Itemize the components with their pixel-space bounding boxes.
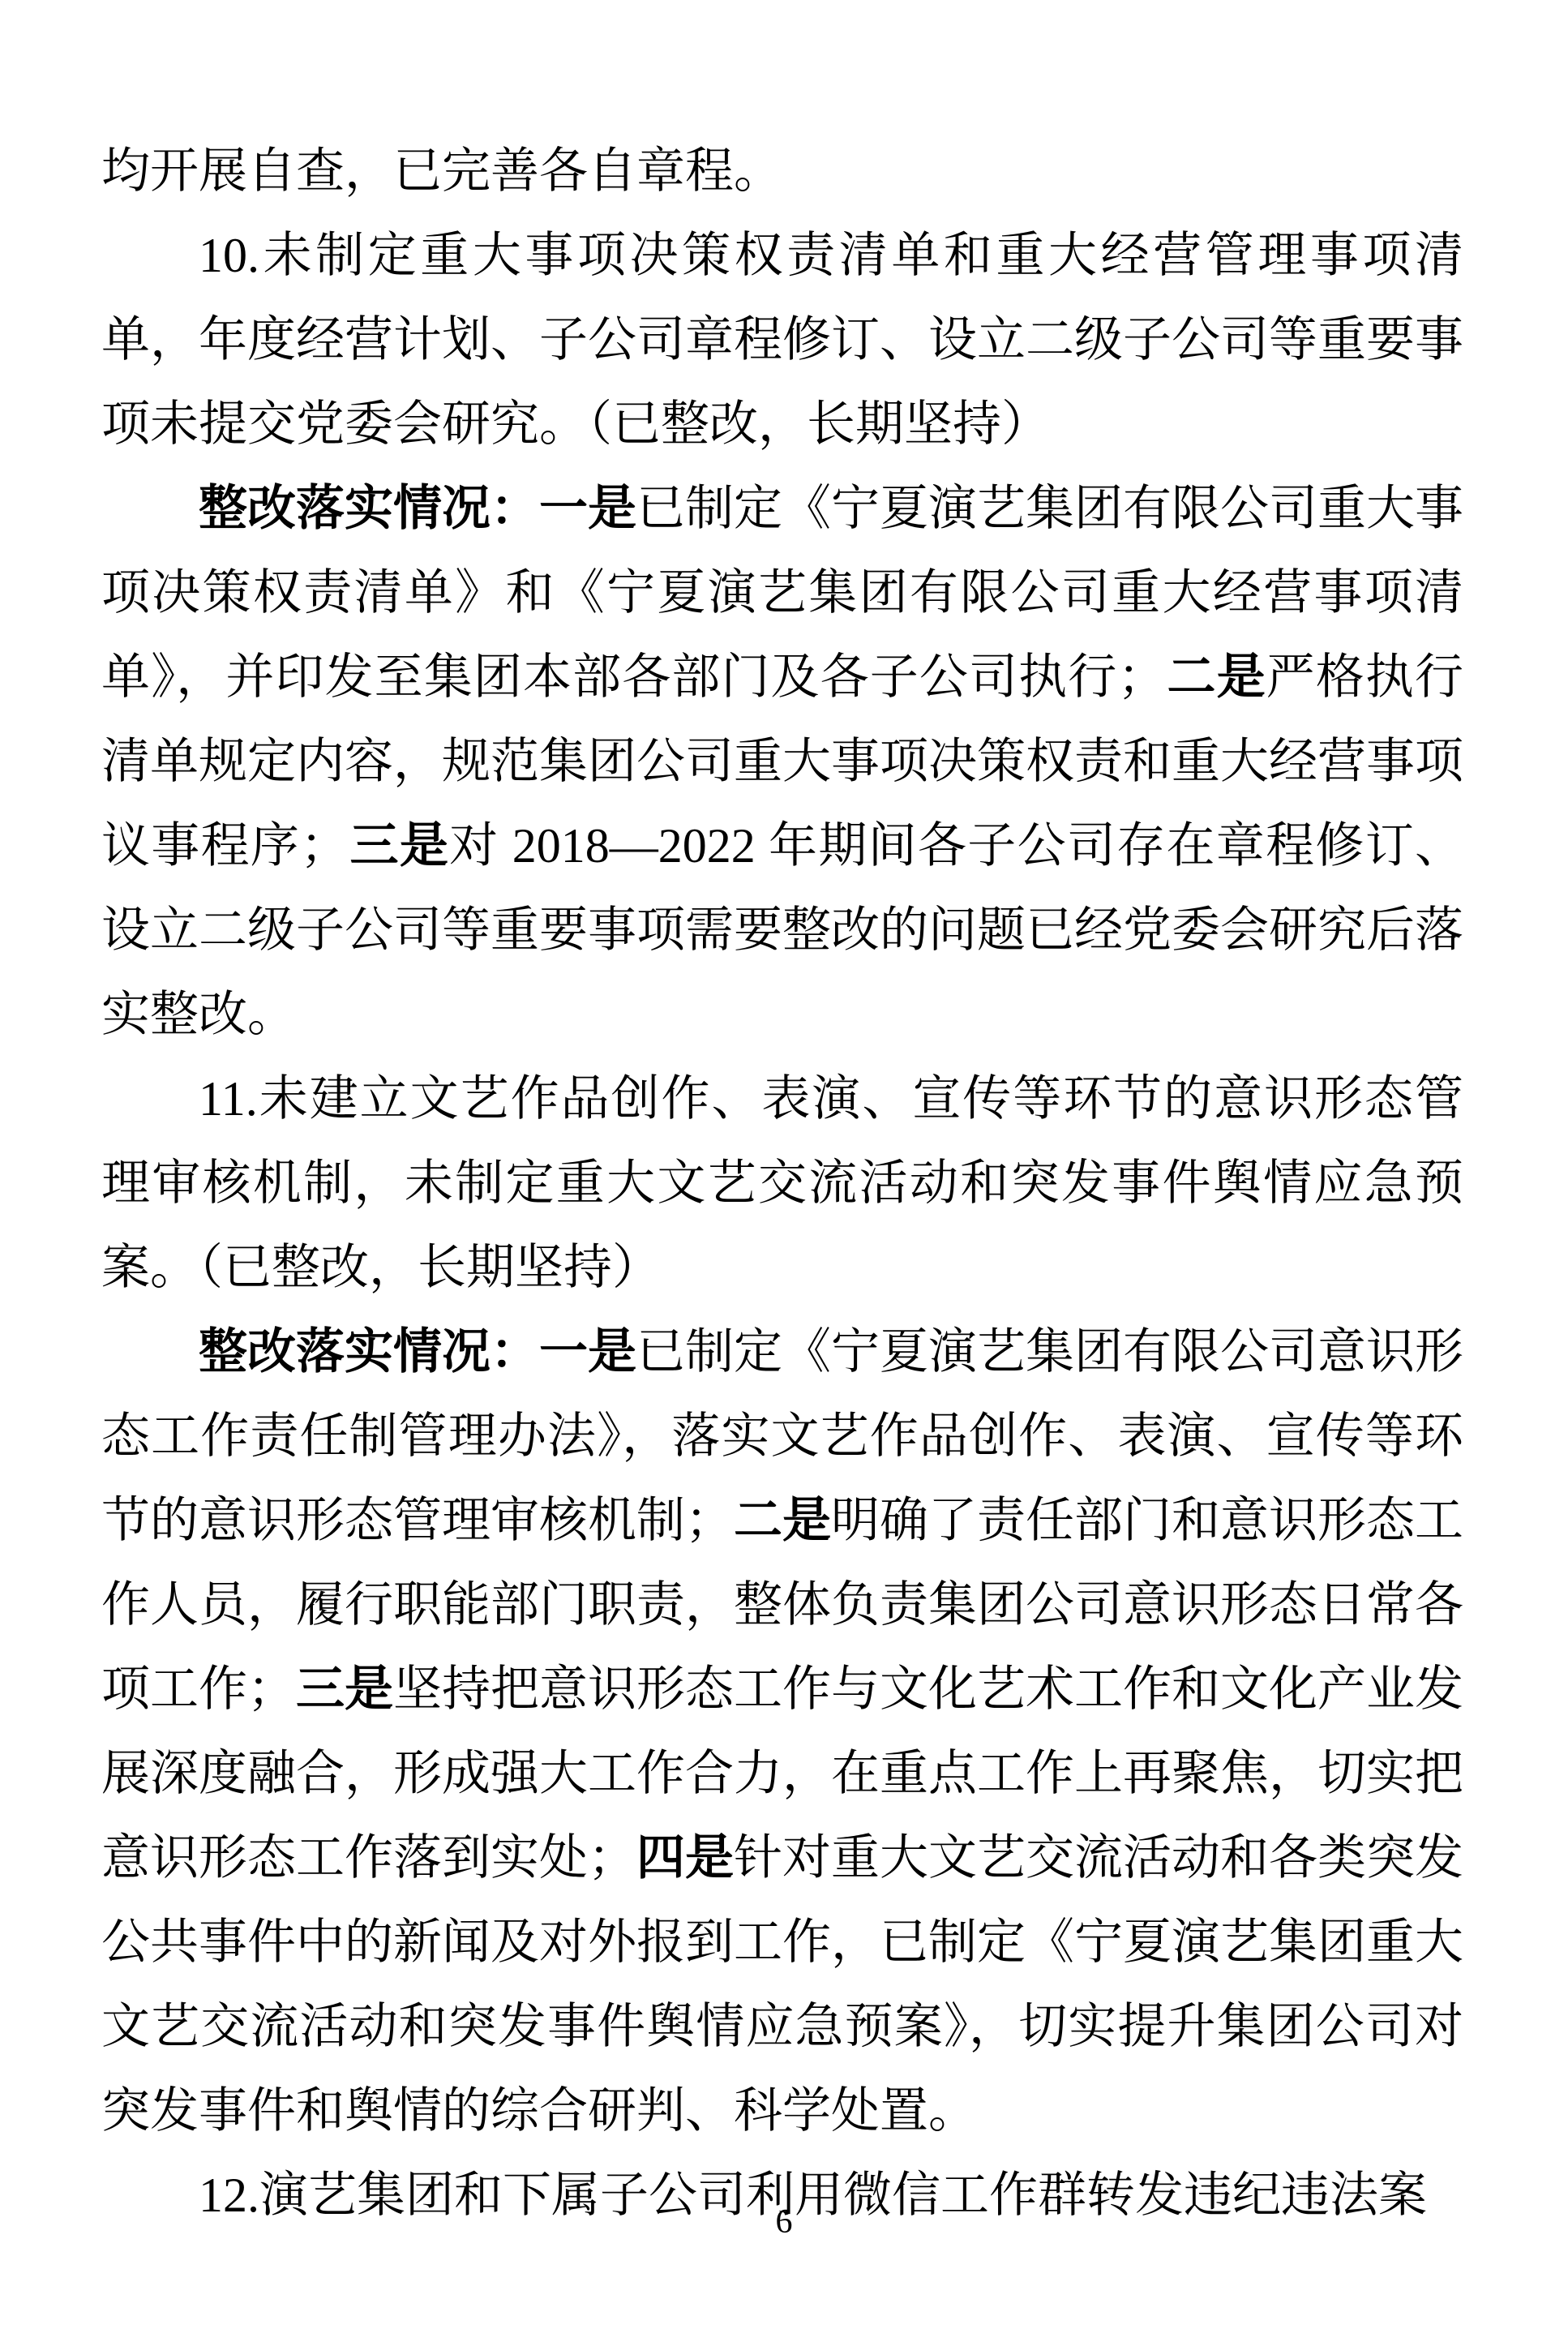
emphasis-text: 三是 [296, 1662, 393, 1716]
paragraph: 整改落实情况：一是已制定《宁夏演艺集团有限公司意识形态工作责任制管理办法》，落实… [101, 1310, 1463, 2153]
paragraph: 10.未制定重大事项决策权责清单和重大经营管理事项清单，年度经营计划、子公司章程… [101, 213, 1463, 466]
body-text: 11.未建立文艺作品创作、表演、宣传等环节的意识形态管理审核机制，未制定重大文艺… [101, 1072, 1463, 1294]
paragraph: 11.未建立文艺作品创作、表演、宣传等环节的意识形态管理审核机制，未制定重大文艺… [101, 1057, 1463, 1310]
emphasis-text: 整改落实情况： [199, 482, 539, 535]
paragraph: 整改落实情况：一是已制定《宁夏演艺集团有限公司重大事项决策权责清单》和《宁夏演艺… [101, 466, 1463, 1057]
body-text: 10.未制定重大事项决策权责清单和重大经营管理事项清单，年度经营计划、子公司章程… [101, 229, 1463, 451]
emphasis-text: 二是 [1166, 650, 1266, 704]
emphasis-text: 一是 [539, 1325, 636, 1379]
page-number: 6 [0, 2199, 1568, 2245]
document-body: 均开展自查，已完善各自章程。 10.未制定重大事项决策权责清单和重大经营管理事项… [101, 129, 1463, 2237]
paragraph: 均开展自查，已完善各自章程。 [101, 129, 1463, 213]
emphasis-text: 三是 [349, 819, 449, 873]
emphasis-text: 一是 [539, 482, 636, 535]
document-page: 均开展自查，已完善各自章程。 10.未制定重大事项决策权责清单和重大经营管理事项… [0, 0, 1568, 2342]
emphasis-text: 整改落实情况： [199, 1325, 539, 1379]
emphasis-text: 四是 [636, 1831, 734, 1885]
body-text: 均开展自查，已完善各自章程。 [101, 144, 782, 198]
emphasis-text: 二是 [734, 1494, 831, 1547]
